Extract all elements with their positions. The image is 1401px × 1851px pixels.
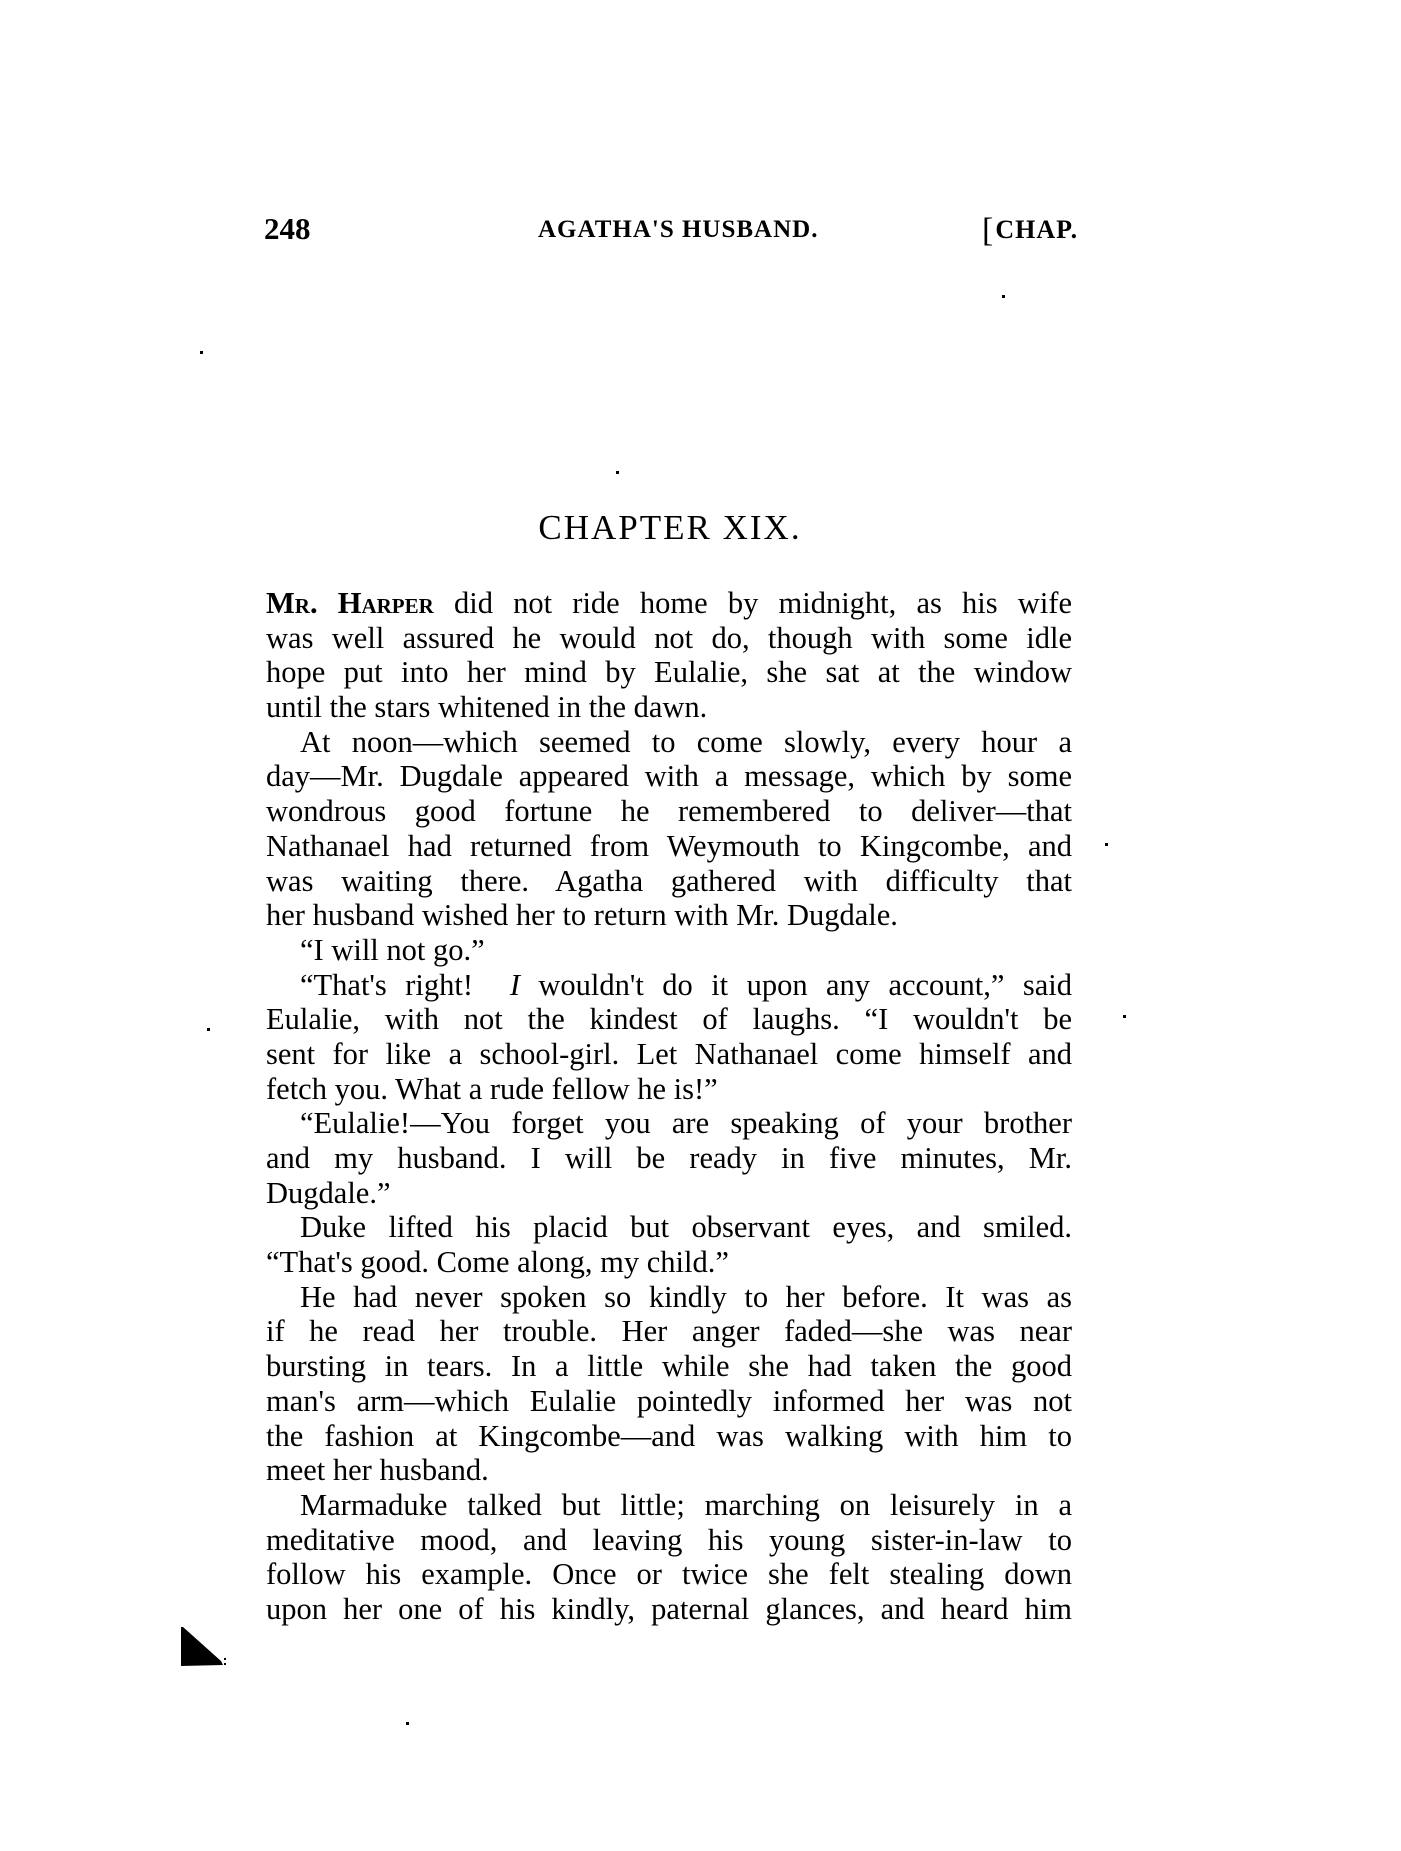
small-caps-name: Mr. Harper: [266, 586, 434, 620]
text-line: follow his example. Once or twice she fe…: [266, 1557, 1072, 1592]
text-segment: “That's good. Come along, my child.”: [266, 1245, 729, 1279]
page-number: 248: [264, 211, 311, 247]
scan-speck: [1002, 295, 1005, 298]
text-segment: Eulalie, with not the kindest of laughs.…: [266, 1002, 1072, 1036]
text-segment: if he read her trouble. Her anger faded—…: [266, 1314, 1072, 1348]
scan-speck: [1105, 843, 1108, 846]
text-segment: fetch you. What a rude fellow he is!”: [266, 1072, 718, 1106]
text-line: Eulalie, with not the kindest of laughs.…: [266, 1002, 1072, 1037]
text-segment: At noon—which seemed to come slowly, eve…: [300, 725, 1072, 759]
text-line: At noon—which seemed to come slowly, eve…: [266, 725, 1072, 760]
text-line: her husband wished her to return with Mr…: [266, 898, 1072, 933]
scan-speck: [207, 1028, 210, 1031]
running-section-label: CHAP.: [995, 215, 1078, 244]
text-segment: wondrous good fortune he remembered to d…: [266, 794, 1072, 828]
text-line: meditative mood, and leaving his young s…: [266, 1523, 1072, 1558]
chapter-title: CHAPTER XIX.: [0, 508, 1340, 548]
text-line: Nathanael had returned from Weymouth to …: [266, 829, 1072, 864]
body-text: Mr. Harper did not ride home by midnight…: [266, 586, 1072, 1627]
text-segment: day—Mr. Dugdale appeared with a message,…: [266, 759, 1072, 793]
text-line: if he read her trouble. Her anger faded—…: [266, 1314, 1072, 1349]
text-segment: wouldn't do it upon any account,” said: [520, 968, 1072, 1002]
text-segment: her husband wished her to return with Mr…: [266, 898, 898, 932]
text-line: upon her one of his kindly, paternal gla…: [266, 1592, 1072, 1627]
text-line: “I will not go.”: [266, 933, 1072, 968]
italic-emphasis: I: [510, 968, 520, 1002]
text-segment: was well assured he would not do, though…: [266, 621, 1072, 655]
text-line: hope put into her mind by Eulalie, she s…: [266, 655, 1072, 690]
scan-speck: [200, 351, 203, 354]
text-segment: upon her one of his kindly, paternal gla…: [266, 1592, 1072, 1626]
text-segment: “Eulalie!—You forget you are speaking of…: [300, 1106, 1072, 1140]
text-segment: He had never spoken so kindly to her bef…: [300, 1280, 1072, 1314]
text-segment: Duke lifted his placid but observant eye…: [300, 1210, 1072, 1244]
text-segment: the fashion at Kingcombe—and was walking…: [266, 1419, 1072, 1453]
text-segment: sent for like a school-girl. Let Nathana…: [266, 1037, 1072, 1071]
text-segment: Dugdale.”: [266, 1176, 391, 1210]
text-line: “That's right! I wouldn't do it upon any…: [266, 968, 1072, 1003]
text-line: Mr. Harper did not ride home by midnight…: [266, 586, 1072, 621]
text-line: fetch you. What a rude fellow he is!”: [266, 1072, 1072, 1107]
text-segment: meet her husband.: [266, 1453, 489, 1487]
text-segment: meditative mood, and leaving his young s…: [266, 1523, 1072, 1557]
text-segment: was waiting there. Agatha gathered with …: [266, 864, 1072, 898]
text-segment: bursting in tears. In a little while she…: [266, 1349, 1072, 1383]
text-line: the fashion at Kingcombe—and was walking…: [266, 1419, 1072, 1454]
text-segment: did not ride home by midnight, as his wi…: [434, 586, 1072, 620]
text-line: day—Mr. Dugdale appeared with a message,…: [266, 759, 1072, 794]
text-line: and my husband. I will be ready in five …: [266, 1141, 1072, 1176]
text-line: sent for like a school-girl. Let Nathana…: [266, 1037, 1072, 1072]
text-line: until the stars whitened in the dawn.: [266, 690, 1072, 725]
running-section: [CHAP.: [982, 212, 1078, 250]
text-segment: man's arm—which Eulalie pointedly inform…: [266, 1384, 1072, 1418]
scan-speck: [1123, 1015, 1126, 1018]
text-segment: and my husband. I will be ready in five …: [266, 1141, 1072, 1175]
text-line: Dugdale.”: [266, 1176, 1072, 1211]
scan-wedge-icon: [181, 1627, 227, 1667]
text-line: bursting in tears. In a little while she…: [266, 1349, 1072, 1384]
bracket-glyph: [: [982, 212, 994, 249]
text-segment: until the stars whitened in the dawn.: [266, 690, 707, 724]
text-segment: follow his example. Once or twice she fe…: [266, 1557, 1072, 1591]
scan-speck: [406, 1722, 409, 1725]
text-segment: Marmaduke talked but little; marching on…: [300, 1488, 1072, 1522]
scan-speck: [616, 471, 619, 474]
text-line: “Eulalie!—You forget you are speaking of…: [266, 1106, 1072, 1141]
text-line: meet her husband.: [266, 1453, 1072, 1488]
text-line: He had never spoken so kindly to her bef…: [266, 1280, 1072, 1315]
text-line: was waiting there. Agatha gathered with …: [266, 864, 1072, 899]
text-line: Duke lifted his placid but observant eye…: [266, 1210, 1072, 1245]
text-line: was well assured he would not do, though…: [266, 621, 1072, 656]
running-title: AGATHA'S HUSBAND.: [538, 216, 818, 244]
text-segment: “I will not go.”: [300, 933, 485, 967]
text-segment: Nathanael had returned from Weymouth to …: [266, 829, 1072, 863]
text-segment: hope put into her mind by Eulalie, she s…: [266, 655, 1072, 689]
book-page: 248 AGATHA'S HUSBAND. [CHAP. CHAPTER XIX…: [0, 0, 1401, 1851]
text-line: man's arm—which Eulalie pointedly inform…: [266, 1384, 1072, 1419]
text-line: wondrous good fortune he remembered to d…: [266, 794, 1072, 829]
text-line: Marmaduke talked but little; marching on…: [266, 1488, 1072, 1523]
text-segment: “That's right!: [300, 968, 510, 1002]
text-line: “That's good. Come along, my child.”: [266, 1245, 1072, 1280]
